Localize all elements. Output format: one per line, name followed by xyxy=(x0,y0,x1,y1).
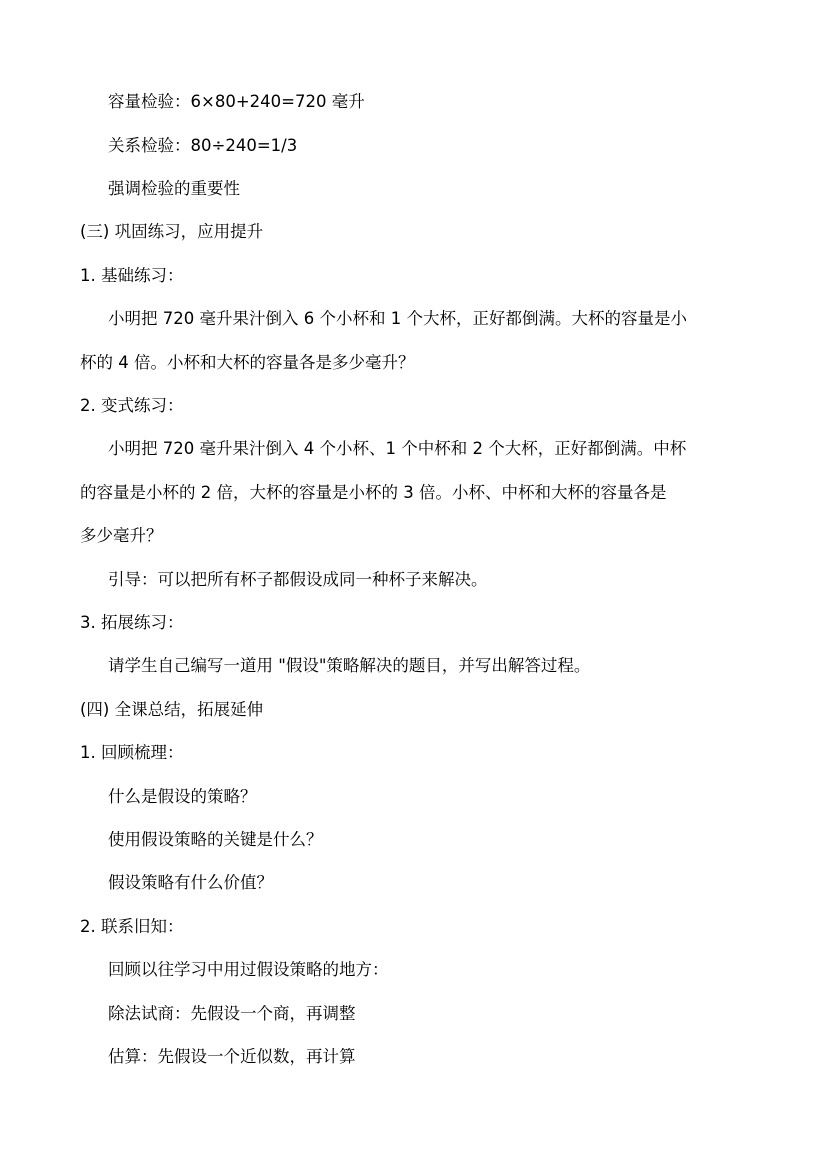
variant-problem-line-2: 的容量是小杯的 2 倍，大杯的容量是小杯的 3 倍。小杯、中杯和大杯的容量各是 xyxy=(80,483,666,503)
emphasis-line: 强调检验的重要性 xyxy=(108,179,240,199)
section-heading-4: (四) 全课总结，拓展延伸 xyxy=(80,700,263,720)
variant-problem-line-3: 多少毫升？ xyxy=(80,526,163,546)
document-page: 容量检验：6×80+240=720 毫升 关系检验：80÷240=1/3 强调检… xyxy=(0,0,827,1170)
extension-task-line: 请学生自己编写一道用 "假设"策略解决的题目，并写出解答过程。 xyxy=(108,656,590,676)
guidance-line: 引导：可以把所有杯子都假设成同一种杯子来解决。 xyxy=(108,570,488,590)
subheading-prior-knowledge: 2. 联系旧知： xyxy=(80,917,184,937)
review-question-3: 假设策略有什么价值？ xyxy=(108,873,273,893)
variant-problem-line-1: 小明把 720 毫升果汁倒入 4 个小杯、1 个中杯和 2 个大杯，正好都倒满。… xyxy=(108,439,686,459)
subheading-variant-practice: 2. 变式练习： xyxy=(80,396,184,416)
subheading-basic-practice: 1. 基础练习： xyxy=(80,266,184,286)
subheading-extension-practice: 3. 拓展练习： xyxy=(80,613,184,633)
basic-problem-line-2: 杯的 4 倍。小杯和大杯的容量各是多少毫升？ xyxy=(80,353,415,373)
prior-knowledge-intro: 回顾以往学习中用过假设策略的地方： xyxy=(108,960,389,980)
review-question-1: 什么是假设的策略？ xyxy=(108,787,257,807)
prior-knowledge-estimation: 估算：先假设一个近似数，再计算 xyxy=(108,1047,356,1067)
capacity-check-line: 容量检验：6×80+240=720 毫升 xyxy=(108,92,365,112)
basic-problem-line-1: 小明把 720 毫升果汁倒入 6 个小杯和 1 个大杯，正好都倒满。大杯的容量是… xyxy=(108,309,687,329)
review-question-2: 使用假设策略的关键是什么？ xyxy=(108,830,323,850)
subheading-review: 1. 回顾梳理： xyxy=(80,743,184,763)
prior-knowledge-division: 除法试商：先假设一个商，再调整 xyxy=(108,1004,356,1024)
section-heading-3: (三) 巩固练习，应用提升 xyxy=(80,222,263,242)
relation-check-line: 关系检验：80÷240=1/3 xyxy=(108,136,297,156)
